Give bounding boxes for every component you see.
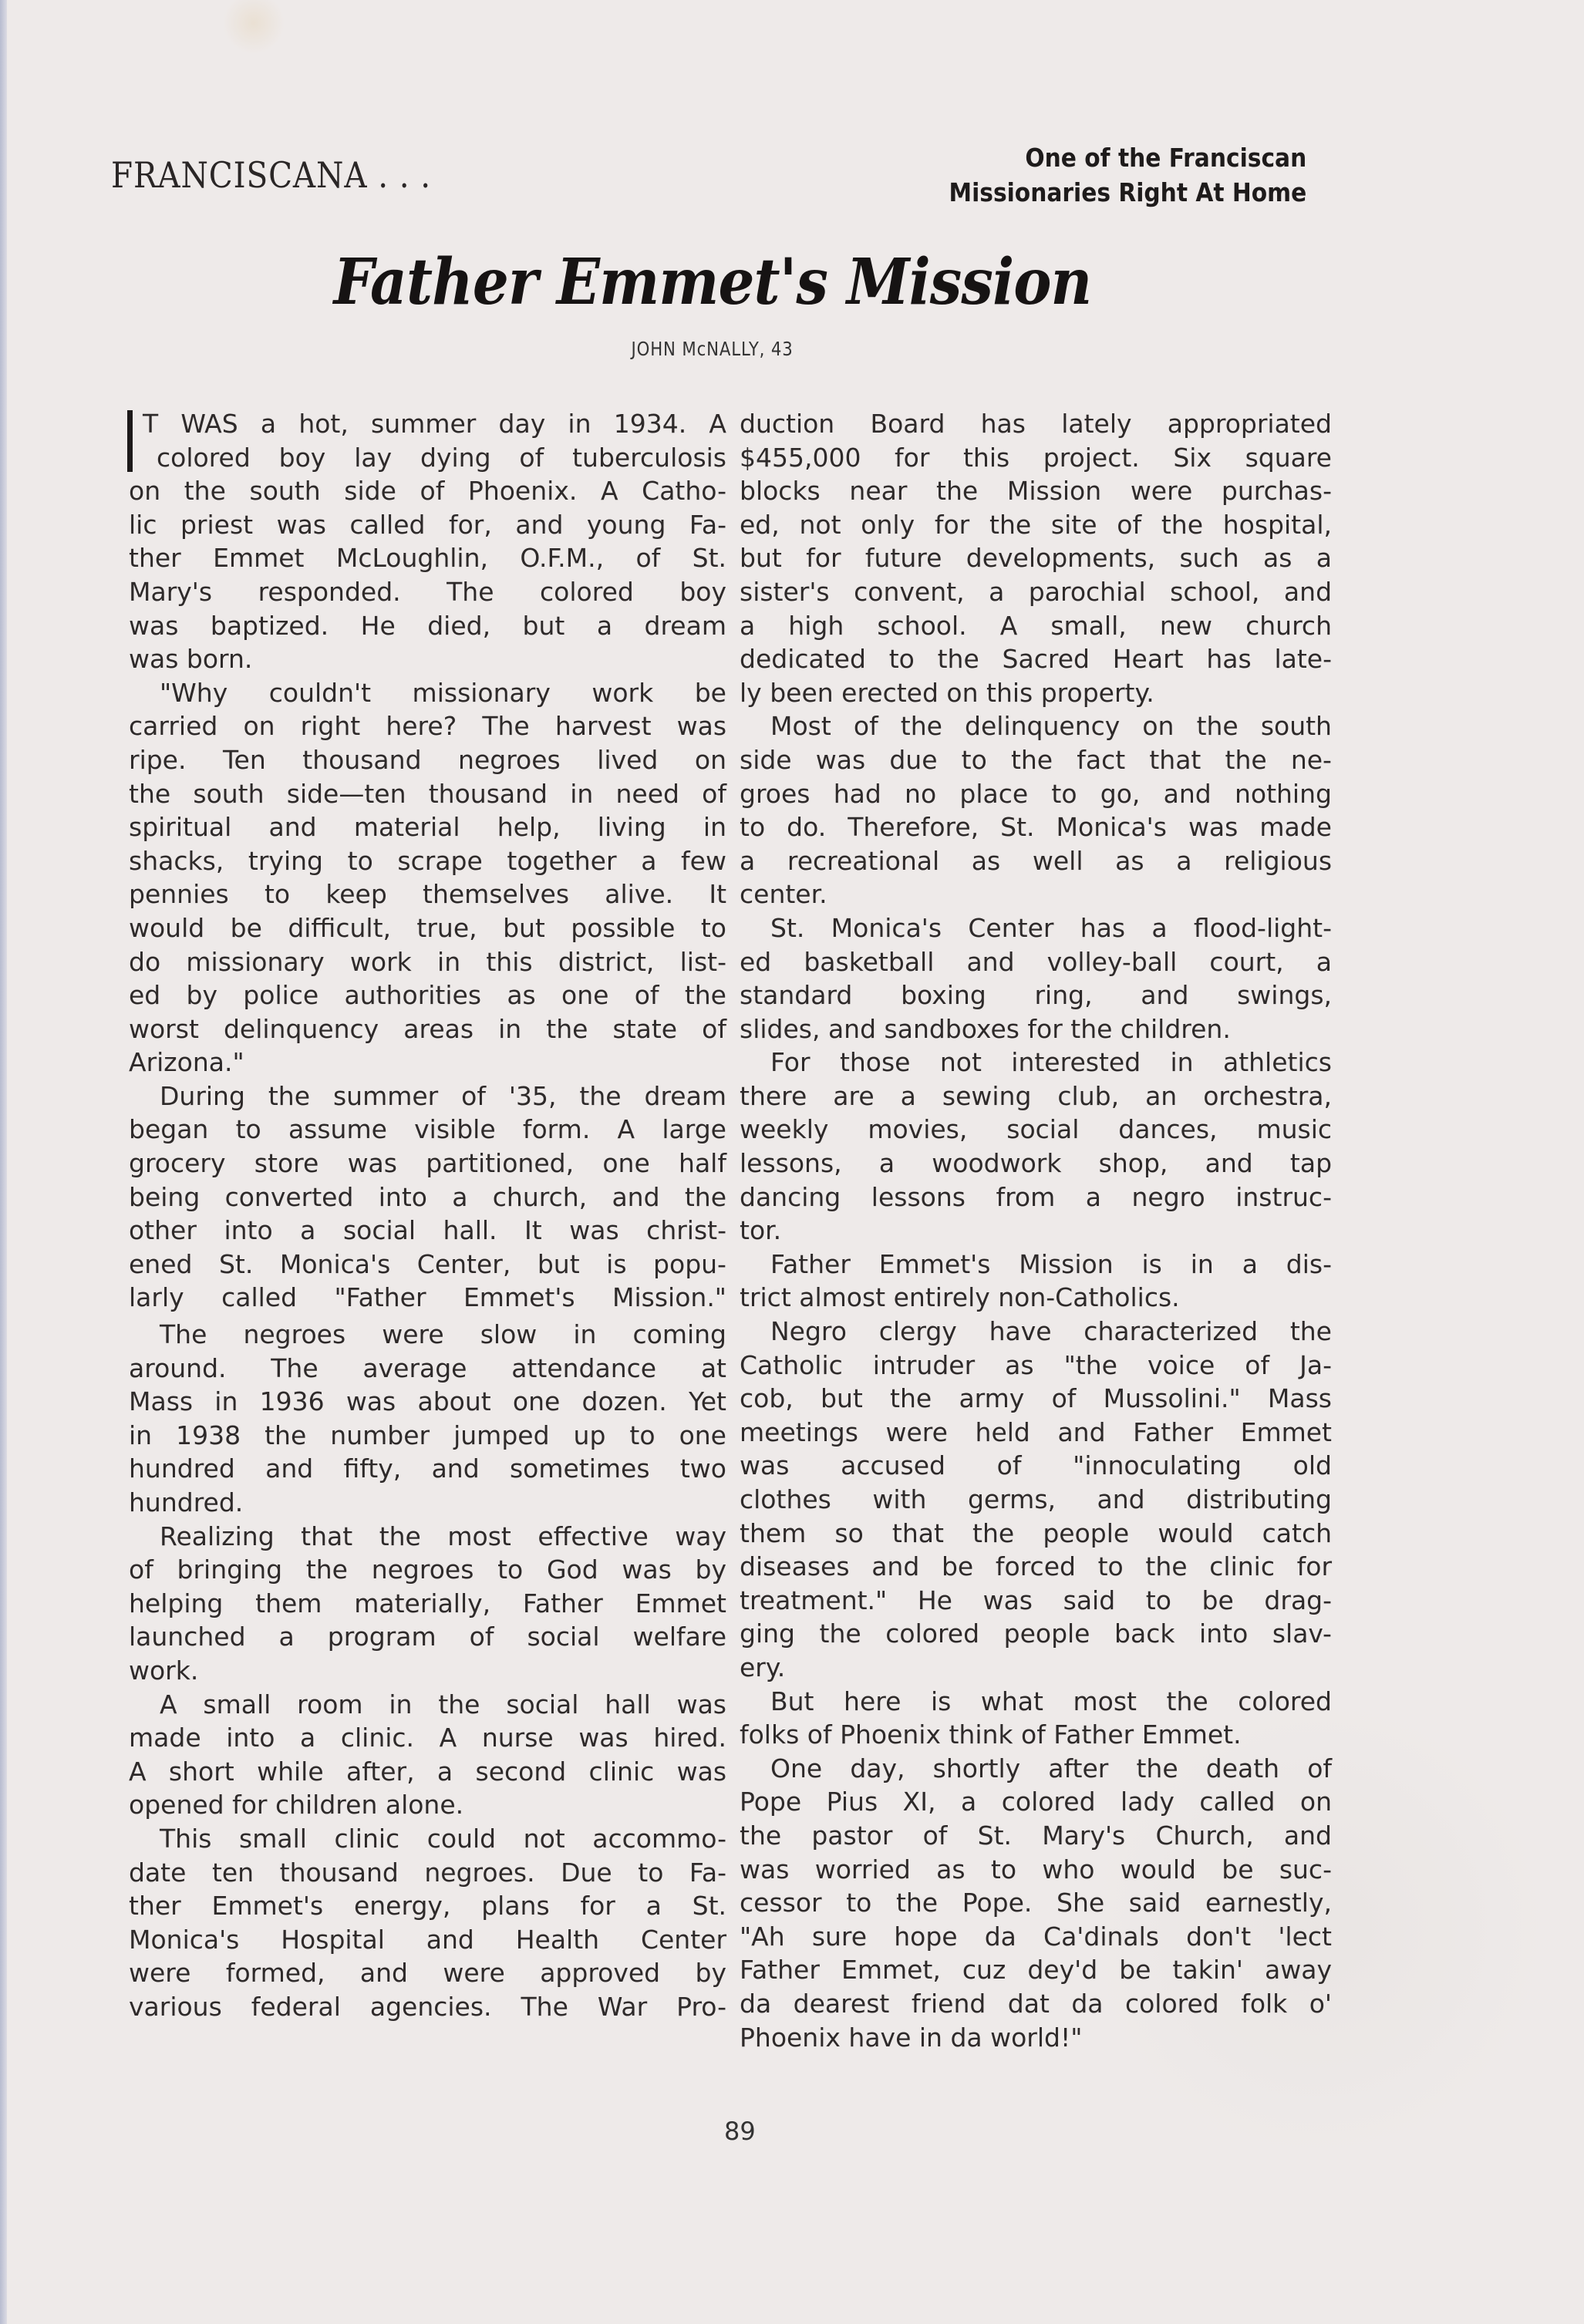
article-title-text: Father Emmet's Mission (334, 245, 1092, 319)
text-line: But here is what most the colored (740, 1685, 1332, 1719)
text-line: of bringing the negroes to God was by (129, 1553, 726, 1587)
text-line: sister's convent, a parochial school, an… (740, 575, 1332, 609)
text-line: Arizona." (129, 1046, 726, 1079)
text-line: colored boy lay dying of tuberculosis (129, 441, 726, 475)
text-line: Realizing that the most effective way (129, 1520, 726, 1554)
drop-cap (127, 410, 133, 472)
text-line: Mary's responded. The colored boy (129, 575, 726, 609)
text-line: diseases and be forced to the clinic for (740, 1550, 1332, 1584)
text-line: began to assume visible form. A large (129, 1113, 726, 1147)
text-line: larly called "Father Emmet's Mission." (129, 1281, 726, 1315)
text-line: This small clinic could not accommo- (129, 1822, 726, 1856)
text-line: During the summer of '35, the dream (129, 1079, 726, 1113)
text-line: St. Monica's Center has a flood-light- (740, 911, 1332, 945)
text-line: Father Emmet, cuz dey'd be takin' away (740, 1953, 1332, 1987)
text-line: there are a sewing club, an orchestra, (740, 1079, 1332, 1113)
kicker: One of the Franciscan Missionaries Right… (949, 140, 1306, 210)
text-line: A short while after, a second clinic was (129, 1755, 726, 1789)
text-line: center. (740, 877, 1332, 911)
text-line: the pastor of St. Mary's Church, and (740, 1819, 1332, 1853)
text-line: pennies to keep themselves alive. It (129, 877, 726, 911)
text-line: to do. Therefore, St. Monica's was made (740, 810, 1332, 844)
text-line: work. (129, 1654, 726, 1688)
text-line: worst delinquency areas in the state of (129, 1012, 726, 1046)
text-line: Mass in 1936 was about one dozen. Yet (129, 1385, 726, 1419)
text-line: groes had no place to go, and nothing (740, 777, 1332, 811)
magazine-page: FRANCISCANA . . . One of the Franciscan … (7, 0, 1584, 2324)
text-line: For those not interested in athletics (740, 1046, 1332, 1079)
text-line: a recreational as well as a religious (740, 844, 1332, 878)
text-line: A small room in the social hall was (129, 1688, 726, 1722)
text-line: them so that the people would catch (740, 1517, 1332, 1551)
kicker-line: One of the Franciscan (949, 140, 1306, 175)
left-column: T WAS a hot, summer day in 1934. Acolore… (129, 407, 726, 2024)
text-line: grocery store was partitioned, one half (129, 1147, 726, 1181)
text-line: ther Emmet's energy, plans for a St. (129, 1889, 726, 1923)
page-edge (0, 0, 7, 2324)
text-line: side was due to the fact that the ne- (740, 743, 1332, 777)
kicker-line: Missionaries Right At Home (949, 175, 1306, 210)
article-title: Father Emmet's Mission (7, 245, 1418, 319)
text-line: weekly movies, social dances, music (740, 1113, 1332, 1147)
text-line: ed, not only for the site of the hospita… (740, 508, 1332, 542)
text-line: One day, shortly after the death of (740, 1752, 1332, 1786)
text-line: Pope Pius XI, a colored lady called on (740, 1785, 1332, 1819)
text-line: dedicated to the Sacred Heart has late- (740, 642, 1332, 676)
text-line: helping them materially, Father Emmet (129, 1587, 726, 1621)
text-line: Most of the delinquency on the south (740, 709, 1332, 743)
text-line: slides, and sandboxes for the children. (740, 1012, 1332, 1046)
text-line: around. The average attendance at (129, 1352, 726, 1386)
text-line: da dearest friend dat da colored folk o' (740, 1987, 1332, 2021)
text-line: blocks near the Mission were purchas- (740, 474, 1332, 508)
text-line: meetings were held and Father Emmet (740, 1416, 1332, 1450)
text-line: shacks, trying to scrape together a few (129, 844, 726, 878)
text-line: The negroes were slow in coming (129, 1318, 726, 1352)
text-line: ed by police authorities as one of the (129, 978, 726, 1012)
text-line: clothes with germs, and distributing (740, 1483, 1332, 1517)
text-line: would be difficult, true, but possible t… (129, 911, 726, 945)
text-line: Negro clergy have characterized the (740, 1315, 1332, 1349)
text-line: spiritual and material help, living in (129, 810, 726, 844)
text-line: ther Emmet McLoughlin, O.F.M., of St. (129, 541, 726, 575)
text-line: hundred and fifty, and sometimes two (129, 1452, 726, 1486)
text-line: Catholic intruder as "the voice of Ja- (740, 1349, 1332, 1383)
text-line: trict almost entirely non-Catholics. (740, 1281, 1332, 1315)
text-line: folks of Phoenix think of Father Emmet. (740, 1718, 1332, 1752)
text-line: Father Emmet's Mission is in a dis- (740, 1248, 1332, 1282)
text-line: being converted into a church, and the (129, 1181, 726, 1214)
text-line: other into a social hall. It was christ- (129, 1214, 726, 1248)
text-line: launched a program of social welfare (129, 1620, 726, 1654)
text-line: hundred. (129, 1486, 726, 1520)
text-line: dancing lessons from a negro instruc- (740, 1181, 1332, 1214)
text-line: was worried as to who would be suc- (740, 1853, 1332, 1887)
text-line: $455,000 for this project. Six square (740, 441, 1332, 475)
text-line: lessons, a woodwork shop, and tap (740, 1147, 1332, 1181)
running-head: FRANCISCANA . . . (111, 154, 431, 196)
text-line: tor. (740, 1214, 1332, 1248)
text-line: ed basketball and volley-ball court, a (740, 945, 1332, 979)
text-line: cessor to the Pope. She said earnestly, (740, 1886, 1332, 1920)
byline-text: JOHN McNALLY, 43 (632, 338, 794, 360)
text-line: on the south side of Phoenix. A Catho- (129, 474, 726, 508)
text-line: treatment." He was said to be drag- (740, 1584, 1332, 1618)
page-number: 89 (724, 2117, 756, 2146)
text-line: ly been erected on this property. (740, 676, 1332, 710)
text-line: cob, but the army of Mussolini." Mass (740, 1382, 1332, 1416)
text-line: "Ah sure hope da Ca'dinals don't 'lect (740, 1920, 1332, 1954)
text-line: carried on right here? The harvest was (129, 709, 726, 743)
text-line: was accused of "innoculating old (740, 1449, 1332, 1483)
text-line: was baptized. He died, but a dream (129, 609, 726, 643)
text-line: "Why couldn't missionary work be (129, 676, 726, 710)
text-line: various federal agencies. The War Pro- (129, 1990, 726, 2024)
text-line: Phoenix have in da world!" (740, 2021, 1332, 2055)
text-line: but for future developments, such as a (740, 541, 1332, 575)
text-line: ging the colored people back into slav- (740, 1617, 1332, 1651)
text-line: ery. (740, 1651, 1332, 1685)
text-line: the south side—ten thousand in need of (129, 777, 726, 811)
text-line: standard boxing ring, and swings, (740, 978, 1332, 1012)
right-column: duction Board has lately appropriated$45… (740, 407, 1332, 2054)
text-line: opened for children alone. (129, 1788, 726, 1822)
text-line: duction Board has lately appropriated (740, 407, 1332, 441)
text-line: T WAS a hot, summer day in 1934. A (129, 407, 726, 441)
text-line: in 1938 the number jumped up to one (129, 1419, 726, 1453)
text-line: a high school. A small, new church (740, 609, 1332, 643)
text-line: date ten thousand negroes. Due to Fa- (129, 1856, 726, 1890)
text-line: ripe. Ten thousand negroes lived on (129, 743, 726, 777)
byline: JOHN McNALLY, 43 (7, 338, 1418, 360)
text-line: were formed, and were approved by (129, 1956, 726, 1990)
text-line: lic priest was called for, and young Fa- (129, 508, 726, 542)
text-line: made into a clinic. A nurse was hired. (129, 1721, 726, 1755)
text-line: do missionary work in this district, lis… (129, 945, 726, 979)
text-line: was born. (129, 642, 726, 676)
text-line: ened St. Monica's Center, but is popu- (129, 1248, 726, 1282)
text-line: Monica's Hospital and Health Center (129, 1923, 726, 1957)
